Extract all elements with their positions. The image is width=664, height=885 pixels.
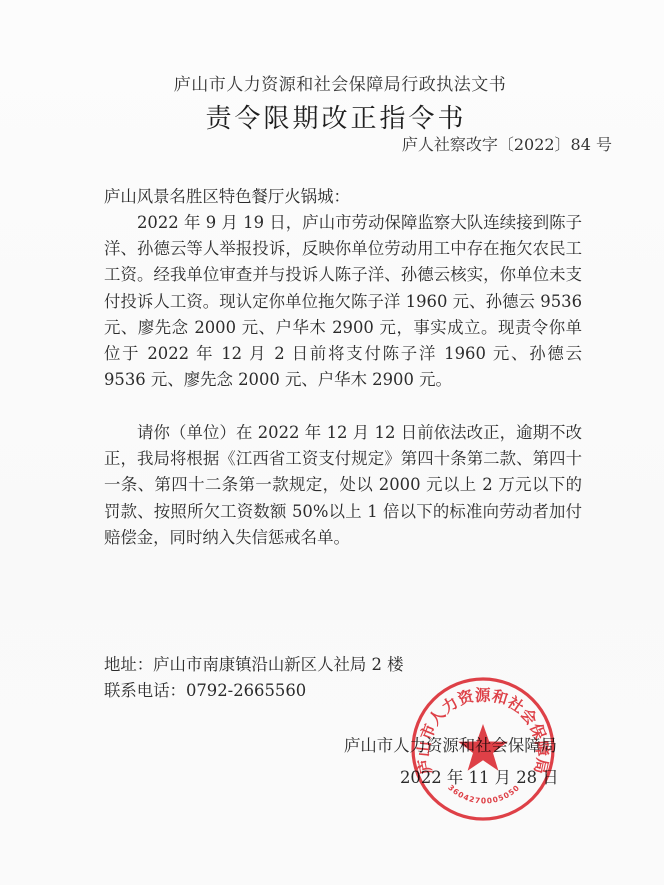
official-seal: 庐山市人力资源和社会保障局 3604270005050 [410,676,556,822]
contact-address: 地址：庐山市南康镇沿山新区人社局 2 楼 [104,652,404,678]
contact-phone: 联系电话：0792-2665560 [104,678,306,704]
recipient-line: 庐山风景名胜区特色餐厅火锅城： [104,184,582,210]
body-paragraph-2: 请你（单位）在 2022 年 12 月 12 日前依法改正，逾期不改正，我局将根… [104,420,582,551]
document-title: 责令限期改正指令书 [4,98,664,135]
star-icon [458,724,508,771]
seal-code: 3604270005050 [446,783,521,806]
body-paragraph-1: 2022 年 9 月 19 日，庐山市劳动保障监察大队连续接到陈子洋、孙德云等人… [104,210,582,393]
issuer-heading: 庐山市人力资源和社会保障局行政执法文书 [8,70,664,95]
document-page: 庐山市人力资源和社会保障局行政执法文书 责令限期改正指令书 庐人社察改字〔202… [0,0,664,885]
svg-text:3604270005050: 3604270005050 [446,783,521,806]
document-number: 庐人社察改字〔2022〕84 号 [402,132,612,155]
